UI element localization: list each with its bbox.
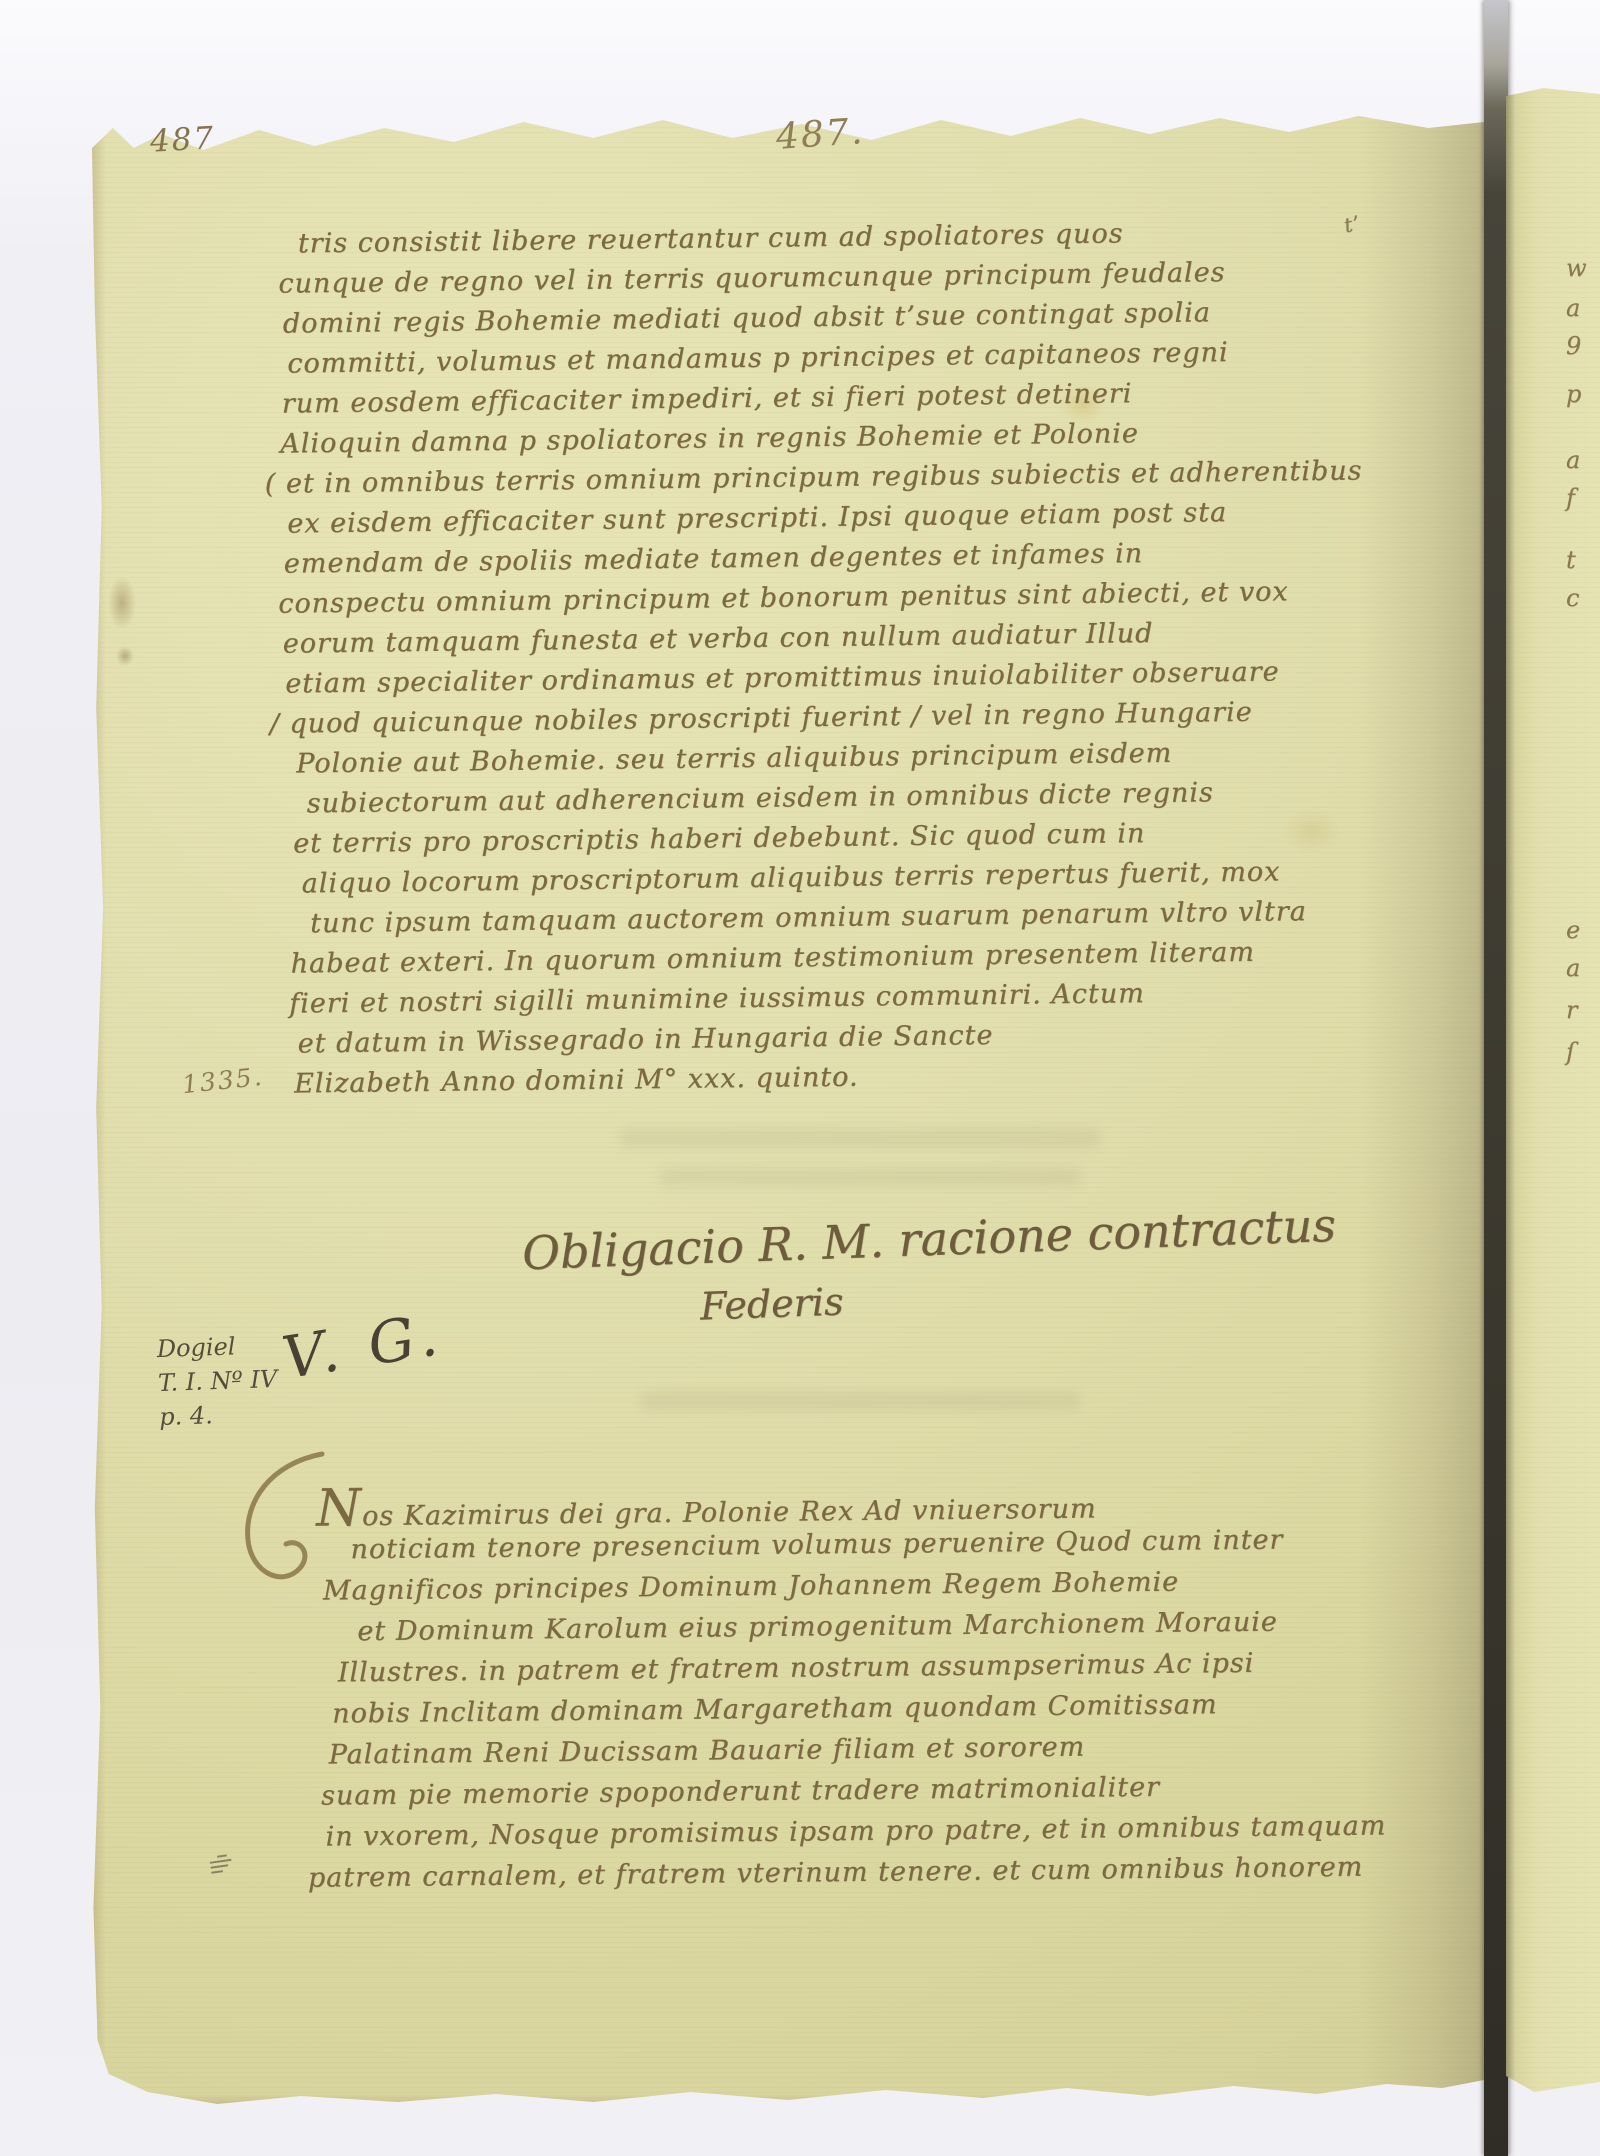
reference-line: Dogiel bbox=[156, 1328, 276, 1366]
reference-line: p. 4. bbox=[159, 1396, 279, 1434]
cut-letter-fragment: a bbox=[1566, 446, 1580, 474]
margin-reference-note: Dogiel T. I. Nº IV p. 4. bbox=[156, 1328, 279, 1434]
manuscript-photograph: { "document": { "kind": "medieval manusc… bbox=[0, 0, 1600, 2156]
folio-number-margin: 487 bbox=[149, 120, 216, 159]
ink-showthrough bbox=[640, 1392, 1080, 1410]
next-folio-shading bbox=[1506, 88, 1600, 2098]
ink-smudge bbox=[209, 1850, 238, 1876]
cut-letter-fragment: e bbox=[1566, 916, 1580, 944]
ink-showthrough bbox=[620, 1128, 1100, 1148]
cut-letter-fragment: a bbox=[1566, 294, 1580, 322]
ink-stain bbox=[116, 646, 134, 666]
cut-letter-fragment: r bbox=[1566, 996, 1577, 1024]
folio-number-header: 487. bbox=[775, 111, 866, 158]
cut-letter-fragment: w bbox=[1566, 254, 1587, 282]
ink-showthrough bbox=[660, 1168, 1080, 1186]
cut-letter-fragment: c bbox=[1566, 584, 1579, 612]
cut-letter-fragment: 9 bbox=[1566, 332, 1581, 360]
cut-letter-fragment: ſ bbox=[1566, 1038, 1575, 1066]
cut-letter-fragment: f bbox=[1566, 484, 1575, 512]
ink-stain bbox=[108, 576, 136, 630]
cut-letter-fragment: p bbox=[1566, 380, 1581, 408]
next-folio-edge: w a 9 p a f t c e a r ſ bbox=[1506, 88, 1600, 2098]
cut-letter-fragment: a bbox=[1566, 954, 1580, 982]
charter-text-block-1: tris consistit libere reuertantur cum ad… bbox=[278, 215, 1370, 1108]
cut-letter-fragment: t bbox=[1566, 546, 1576, 574]
charter-text-block-2: Nos Kazimirus dei gra. Polonie Rex Ad vn… bbox=[316, 1482, 1387, 1903]
heading-federis: Federis bbox=[699, 1280, 844, 1329]
reference-line: T. I. Nº IV bbox=[157, 1362, 277, 1400]
page-holder-rod bbox=[1484, 0, 1508, 2156]
